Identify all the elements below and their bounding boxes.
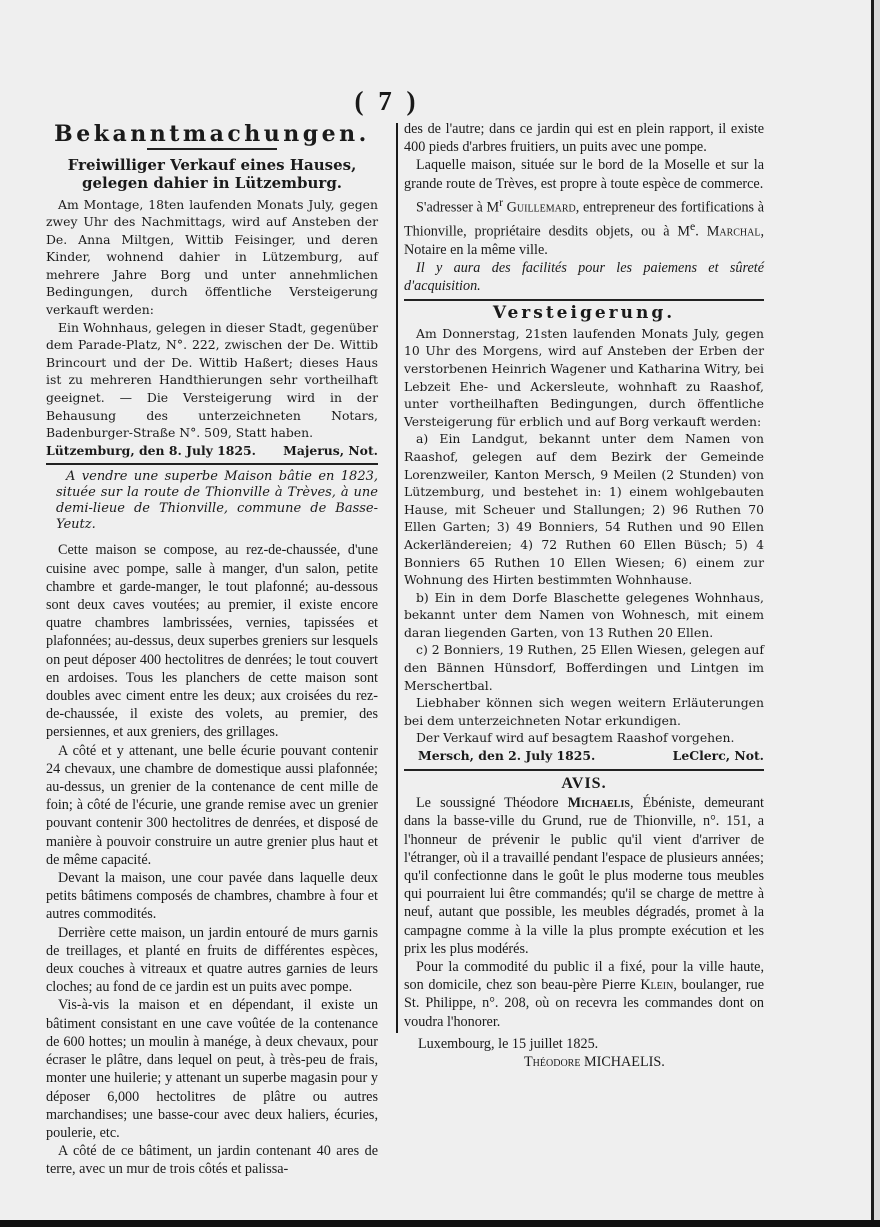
- notice-paragraph: Der Verkauf wird auf besagtem Raashof vo…: [404, 729, 764, 747]
- notice-house-sale: Freiwilliger Verkauf eines Hauses, geleg…: [46, 156, 378, 460]
- notice-intro: A vendre une superbe Maison bâtie en 182…: [46, 469, 378, 533]
- notice-paragraph: A côté de ce bâtiment, un jardin contena…: [46, 1142, 378, 1178]
- notice-note: Il y aura des facilités pour les paiemen…: [404, 259, 764, 295]
- contact-name: Marchal: [707, 223, 761, 239]
- notice-avis: AVIS. Le soussigné Théodore Michaelis, É…: [404, 775, 764, 1072]
- page-edge-bottom: [0, 1220, 880, 1227]
- place-date: Lützemburg, den 8. July 1825.: [46, 442, 256, 460]
- notice-item: c) 2 Bonniers, 19 Ruthen, 25 Ellen Wiese…: [404, 641, 764, 694]
- notice-title: Versteigerung.: [404, 305, 764, 323]
- notice-paragraph: Am Montage, 18ten laufenden Monats July,…: [46, 196, 378, 319]
- contact-prefix: S'adresser à M: [416, 200, 499, 216]
- signature-first: Théodore: [524, 1054, 580, 1070]
- title-rule: [147, 148, 277, 150]
- notice-paragraph: Derrière cette maison, un jardin entouré…: [46, 924, 378, 997]
- notice-paragraph: Ein Wohnhaus, gelegen in dieser Stadt, g…: [46, 319, 378, 442]
- page-edge-right-outer: [874, 0, 880, 1227]
- text-body: , Ébéniste, demeurant dans la basse-vill…: [404, 795, 764, 957]
- notice-title: Freiwilliger Verkauf eines Hauses, geleg…: [46, 156, 378, 192]
- page-number: ( 7 ): [352, 86, 422, 117]
- left-column: Bekanntmachungen. Freiwilliger Verkauf e…: [46, 120, 378, 1179]
- notice-paragraph: Cette maison se compose, au rez-de-chaus…: [46, 541, 378, 741]
- contact-name: Guillemard: [507, 200, 576, 216]
- notice-contact: S'adresser à Mr Guillemard, entrepreneur…: [404, 193, 764, 259]
- separator-rule: [46, 463, 378, 465]
- notice-title: AVIS.: [404, 775, 764, 793]
- text-prefix: Le soussigné Théodore: [416, 795, 568, 811]
- signature: Théodore MICHAELIS.: [404, 1053, 764, 1071]
- notice-paragraph: Devant la maison, une cour pavée dans la…: [46, 869, 378, 924]
- notice-paragraph: Liebhaber können sich wegen weitern Erlä…: [404, 694, 764, 729]
- superscript: r: [499, 195, 503, 209]
- notice-maison-continued: des de l'autre; dans ce jardin qui est e…: [404, 120, 764, 295]
- notice-item: b) Ein in dem Dorfe Blaschette gelegenes…: [404, 589, 764, 642]
- notice-paragraph: Laquelle maison, située sur le bord de l…: [404, 156, 764, 192]
- column-divider: [396, 123, 398, 1033]
- place-date: Mersch, den 2. July 1825.: [418, 747, 595, 765]
- notice-paragraph: des de l'autre; dans ce jardin qui est e…: [404, 120, 764, 156]
- right-column: des de l'autre; dans ce jardin qui est e…: [404, 120, 764, 1071]
- notice-maison-a-vendre: A vendre une superbe Maison bâtie en 182…: [46, 469, 378, 1178]
- notice-paragraph: Le soussigné Théodore Michaelis, Ébénist…: [404, 794, 764, 958]
- notice-paragraph: A côté et y attenant, une belle écurie p…: [46, 742, 378, 869]
- notice-signature-line: Lützemburg, den 8. July 1825. Majerus, N…: [46, 442, 378, 460]
- superscript: e: [690, 219, 695, 233]
- separator-rule: [404, 299, 764, 301]
- notice-signature-line: Mersch, den 2. July 1825. LeClerc, Not.: [404, 747, 764, 765]
- notice-versteigerung: Versteigerung. Am Donnerstag, 21sten lau…: [404, 305, 764, 764]
- notice-paragraph: Am Donnerstag, 21sten laufenden Monats J…: [404, 325, 764, 431]
- place-date: Luxembourg, le 15 juillet 1825.: [404, 1035, 764, 1053]
- section-title: Bekanntmachungen.: [46, 126, 378, 144]
- separator-rule: [404, 769, 764, 771]
- signature: Majerus, Not.: [283, 442, 378, 460]
- signature: LeClerc, Not.: [673, 747, 764, 765]
- signature-last: MICHAELIS.: [584, 1054, 665, 1070]
- notice-item: a) Ein Landgut, bekannt unter dem Namen …: [404, 430, 764, 588]
- notice-paragraph: Vis-à-vis la maison et en dépendant, il …: [46, 996, 378, 1142]
- person-name: Klein: [640, 977, 673, 993]
- person-name: Michaelis: [568, 795, 630, 811]
- notice-paragraph: Pour la commodité du public il a fixé, p…: [404, 958, 764, 1031]
